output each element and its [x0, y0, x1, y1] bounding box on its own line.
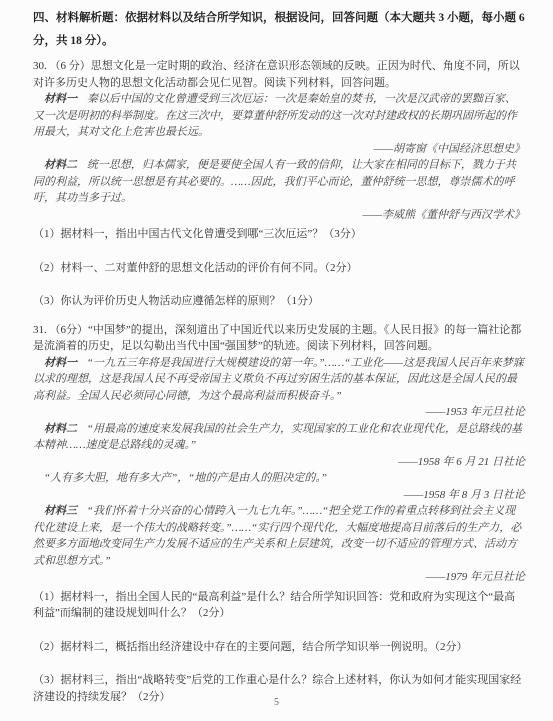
q31-material-1-attribution: ——1953 年元旦社论 — [33, 404, 525, 421]
q31-material-2: 材料二“用最高的速度来发展我国的社会生产力，实现国家的工业化和农业现代化，是总路… — [33, 421, 525, 454]
q31-subquestion-2: （2）据材料二，概括指出经济建设中存在的主要问题，结合所学知识举一例说明。（2分… — [33, 639, 525, 656]
exam-page: 四、材料解析题：依据材料以及结合所学知识，根据设问，回答问题（本大题共 3 小题… — [0, 0, 553, 721]
page-number: 5 — [0, 697, 553, 708]
material-2-label: 材料二 — [44, 159, 77, 171]
question-31-intro: 31. （6分）“中国梦”的提出，深刻道出了中国近代以来历史发展的主题。《人民日… — [33, 322, 525, 355]
q31-material-3: 材料三“我们怀着十分兴奋的心情跨入一九七九年。”……“把全党工作的着重点转移到社… — [33, 503, 525, 569]
material-2-text: 统一思想，归本儒家，便是要使全国人有一致的信仰，让大家在相同的目标下，戮力于共同… — [33, 159, 516, 204]
q31-material-2-attribution: ——1958 年 6 月 21 日社论 — [33, 454, 525, 471]
q30-subquestion-3: （3）你认为评价历史人物活动应遵循怎样的原则？（1分） — [33, 293, 525, 310]
q30-material-2: 材料二统一思想，归本儒家，便是要使全国人有一致的信仰，让大家在相同的目标下，戮力… — [33, 157, 525, 207]
question-30-intro: 30. （6 分）思想文化是一定时期的政治、经济在意识形态领域的反映。正因为时代… — [33, 58, 525, 91]
material-1-label: 材料一 — [44, 357, 77, 369]
material-1-label: 材料一 — [44, 93, 77, 105]
material-3-text: “我们怀着十分兴奋的心情跨入一九七九年。”……“把全党工作的着重点转移到社会主义… — [33, 505, 521, 567]
material-2-text: “用最高的速度来发展我国的社会生产力，实现国家的工业化和农业现代化，是总路线的基… — [33, 423, 522, 452]
q31-material-2-extra-quote: “人有多大胆，地有多大产”，“地的产是由人的胆决定的。” — [33, 470, 525, 487]
q31-subquestion-1: （1）据材料一，指出全国人民的“最高利益”是什么？结合所学知识回答：党和政府为实… — [33, 589, 525, 622]
section-header: 四、材料解析题：依据材料以及结合所学知识，根据设问，回答问题（本大题共 3 小题… — [33, 7, 525, 53]
q31-material-2-extra-attribution: ——1958 年 8 月 3 日社论 — [33, 487, 525, 504]
q31-material-3-attribution: ——1979 年元旦社论 — [33, 569, 525, 586]
q30-material-2-attribution: ——李威熊《董仲舒与西汉学术》 — [33, 207, 525, 224]
material-2-label: 材料二 — [44, 423, 77, 435]
q30-material-1: 材料一秦以后中国的文化曾遭受到三次厄运：一次是秦始皇的焚书，一次是汉武帝的罢黜百… — [33, 91, 525, 141]
q30-material-1-attribution: ——胡寄窗《中国经济思想史》 — [33, 141, 525, 158]
q30-subquestion-2: （2）材料一、二对董仲舒的思想文化活动的评价有何不同。（2分） — [33, 260, 525, 277]
q31-material-1: 材料一“一九五三年将是我国进行大规模建设的第一年。”……“工业化——这是我国人民… — [33, 355, 525, 405]
q30-subquestion-1: （1）据材料一，指出中国古代文化曾遭受到哪“三次厄运”？（3分） — [33, 226, 525, 243]
material-1-text: 秦以后中国的文化曾遭受到三次厄运：一次是秦始皇的焚书，一次是汉武帝的罢黜百家、又… — [33, 93, 517, 138]
material-3-label: 材料三 — [44, 505, 77, 517]
page-content: 四、材料解析题：依据材料以及结合所学知识，根据设问，回答问题（本大题共 3 小题… — [0, 0, 553, 705]
material-1-text: “一九五三年将是我国进行大规模建设的第一年。”……“工业化——这是我国人民百年来… — [33, 357, 524, 402]
